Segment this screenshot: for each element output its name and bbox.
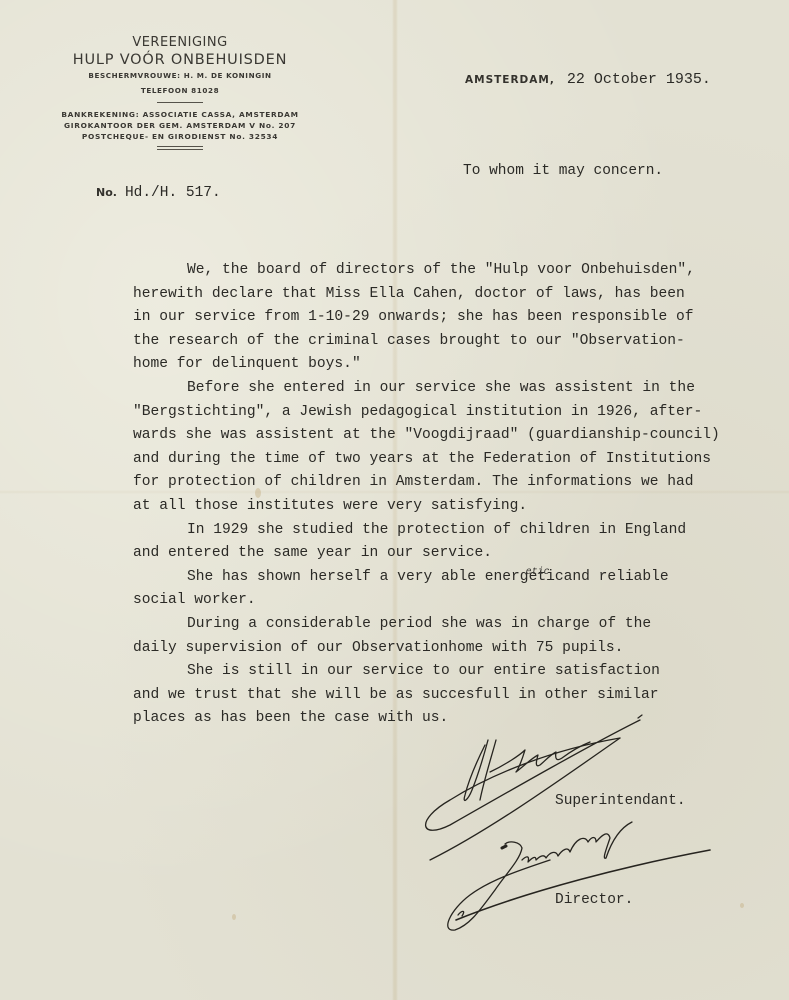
letterhead-double-rule — [157, 146, 203, 150]
reference-number: No. Hd./H. 517. — [96, 183, 221, 201]
letterhead: VEREENIGING HULP VOÓR ONBEHUISDEN BESCHE… — [30, 34, 330, 150]
body-line: and during the time of two years at the … — [133, 448, 783, 472]
salutation: To whom it may concern. — [463, 163, 663, 179]
body-line: for protection of children in Amsterdam.… — [133, 471, 783, 495]
letterhead-divider — [157, 102, 203, 103]
body-line: "Bergstichting", a Jewish pedagogical in… — [133, 401, 783, 425]
body-line: at all those institutes were very satisf… — [133, 495, 783, 519]
body-line: daily supervision of our Observationhome… — [133, 637, 783, 661]
bank-line-1: BANKREKENING: ASSOCIATIE CASSA, AMSTERDA… — [30, 109, 330, 120]
body-line: in our service from 1-10-29 onwards; she… — [133, 306, 783, 330]
bank-line-3: POSTCHEQUE- EN GIRODIENST No. 32534 — [30, 131, 330, 142]
body-line: wards she was assistent at the "Voogdijr… — [133, 424, 783, 448]
date: 22 October 1935. — [567, 71, 711, 88]
body-line: and entered the same year in our service… — [133, 542, 783, 566]
body-line: home for delinquent boys." — [133, 353, 783, 377]
body-line: herewith declare that Miss Ella Cahen, d… — [133, 283, 783, 307]
body-line: We, the board of directors of the "Hulp … — [133, 259, 783, 283]
body-line-part: and reliable — [564, 569, 669, 585]
patron-line: BESCHERMVROUWE: H. M. DE KONINGIN — [30, 69, 330, 82]
body-line-corrected: She has shown herself a very able energe… — [133, 566, 783, 590]
reference-value: Hd./H. 517. — [125, 185, 221, 201]
typed-correction: eticetic — [529, 569, 564, 585]
body-line: She is still in our service to our entir… — [133, 660, 783, 684]
reference-label: No. — [96, 186, 117, 199]
body-line-part: She has shown herself a very able energ — [187, 569, 529, 585]
bank-line-2: GIROKANTOOR DER GEM. AMSTERDAM V No. 207 — [30, 120, 330, 131]
body-line: the research of the criminal cases broug… — [133, 330, 783, 354]
place-date: AMSTERDAM, 22 October 1935. — [465, 70, 711, 88]
place: AMSTERDAM, — [465, 74, 555, 86]
handwritten-correction: etic — [526, 561, 550, 585]
telephone-line: TELEFOON 81028 — [30, 84, 330, 97]
body-line: During a considerable period she was in … — [133, 613, 783, 637]
paper-stain — [232, 914, 236, 920]
body-line: social worker. — [133, 589, 783, 613]
org-name-line1: VEREENIGING — [30, 34, 330, 51]
body-line: Before she entered in our service she wa… — [133, 377, 783, 401]
letter-body: We, the board of directors of the "Hulp … — [133, 259, 783, 731]
org-name-line2: HULP VOÓR ONBEHUISDEN — [30, 51, 330, 69]
body-line: and we trust that she will be as succesf… — [133, 684, 783, 708]
superintendant-title: Superintendant. — [555, 793, 686, 809]
director-title: Director. — [555, 892, 633, 908]
body-line: In 1929 she studied the protection of ch… — [133, 519, 783, 543]
